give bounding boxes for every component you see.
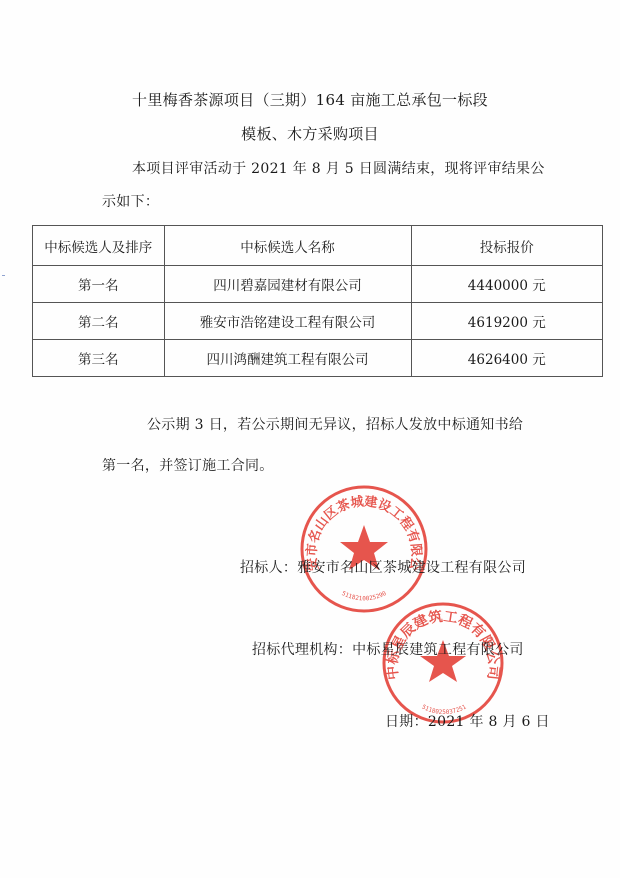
document-subtitle: 模板、木方采购项目	[0, 125, 620, 143]
table-row: 第一名 四川碧嘉园建材有限公司 4440000 元	[33, 266, 603, 303]
agency-seal-stamp: 中标星辰建筑工程有限公司 5118025037251	[380, 600, 506, 726]
tenderer-seal-stamp: 雅安市名山区茶城建设工程有限公司 5118210025290	[298, 483, 430, 615]
cell-name: 四川碧嘉园建材有限公司	[164, 266, 411, 303]
cell-name: 雅安市浩铭建设工程有限公司	[164, 303, 411, 340]
header-price: 投标报价	[411, 226, 602, 266]
intro-paragraph-line2: 示如下：	[102, 193, 159, 211]
tenderer-signature: 招标人：雅安市名山区茶城建设工程有限公司	[240, 559, 526, 577]
table-row: 第二名 雅安市浩铭建设工程有限公司 4619200 元	[33, 303, 603, 340]
notice-paragraph-line1: 公示期 3 日，若公示期间无异议，招标人发放中标通知书给	[147, 416, 523, 434]
table-row: 第三名 四川鸿酬建筑工程有限公司 4626400 元	[33, 340, 603, 377]
header-name: 中标候选人名称	[164, 226, 411, 266]
cell-name: 四川鸿酬建筑工程有限公司	[164, 340, 411, 377]
document-page: 十里梅香茶源项目（三期）164 亩施工总承包一标段 模板、木方采购项目 本项目评…	[0, 0, 620, 878]
header-rank: 中标候选人及排序	[33, 226, 165, 266]
notice-paragraph-line2: 第一名，并签订施工合同。	[102, 457, 274, 475]
cell-price: 4626400 元	[411, 340, 602, 377]
cell-price: 4619200 元	[411, 303, 602, 340]
document-title: 十里梅香茶源项目（三期）164 亩施工总承包一标段	[0, 91, 620, 109]
bid-results-table: 中标候选人及排序 中标候选人名称 投标报价 第一名 四川碧嘉园建材有限公司 44…	[32, 225, 603, 377]
scan-edge-mark	[2, 275, 5, 276]
intro-paragraph-line1: 本项目评审活动于 2021 年 8 月 5 日圆满结束，现将评审结果公	[132, 160, 545, 178]
agency-signature: 招标代理机构：中标星辰建筑工程有限公司	[252, 641, 524, 659]
cell-rank: 第一名	[33, 266, 165, 303]
table-header-row: 中标候选人及排序 中标候选人名称 投标报价	[33, 226, 603, 266]
cell-price: 4440000 元	[411, 266, 602, 303]
document-date: 日期：2021 年 8 月 6 日	[385, 713, 550, 731]
cell-rank: 第二名	[33, 303, 165, 340]
cell-rank: 第三名	[33, 340, 165, 377]
